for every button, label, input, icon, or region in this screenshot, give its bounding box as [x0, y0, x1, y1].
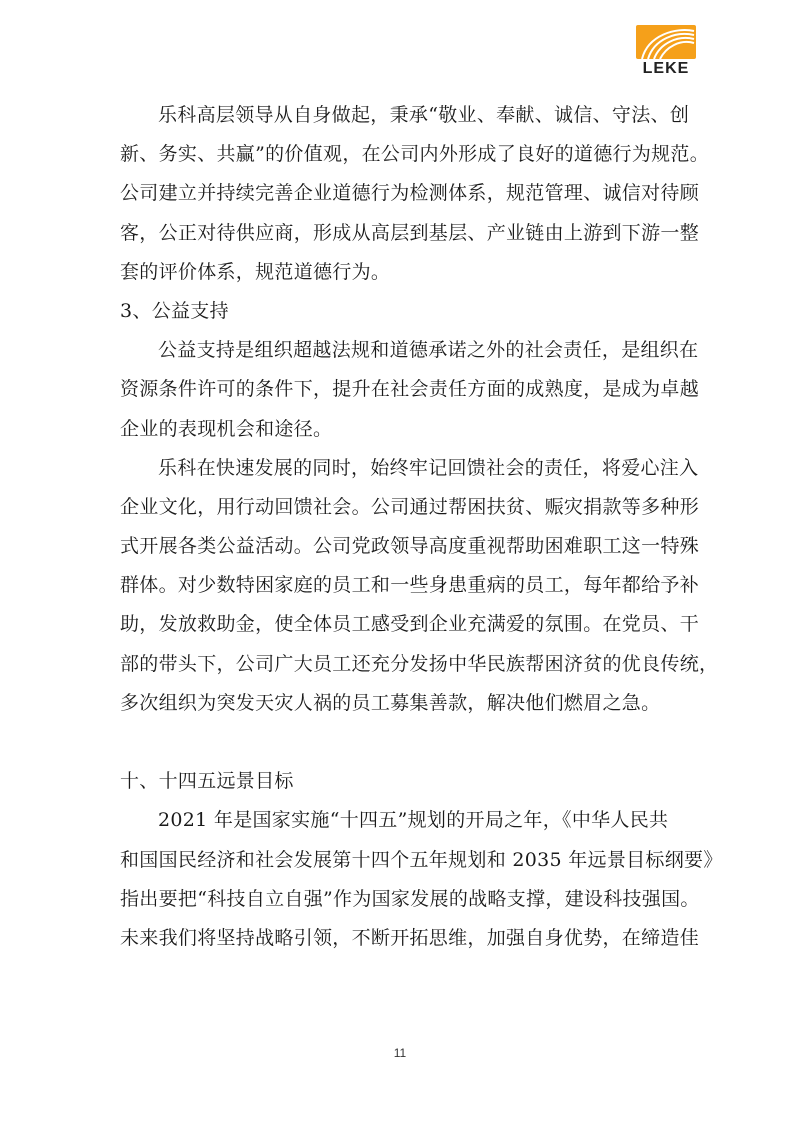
paragraph-line: 企业文化，用行动回馈社会。公司通过帮困扶贫、赈灾捐款等多种形 [120, 488, 682, 527]
document-body: 乐科高层领导从自身做起，秉承“敬业、奉献、诚信、守法、创 新、务实、共赢”的价值… [120, 96, 682, 958]
page-number: 11 [0, 1046, 800, 1060]
section-heading: 十、十四五远景目标 [120, 762, 682, 801]
logo-arc-icon [636, 25, 696, 59]
paragraph-line: 资源条件许可的条件下，提升在社会责任方面的成熟度，是成为卓越 [120, 370, 682, 409]
spacer [120, 723, 682, 762]
paragraph-line: 套的评价体系，规范道德行为。 [120, 253, 682, 292]
paragraph-line: 公司建立并持续完善企业道德行为检测体系，规范管理、诚信对待顾 [120, 174, 682, 213]
paragraph-line: 公益支持是组织超越法规和道德承诺之外的社会责任，是组织在 [120, 331, 682, 370]
paragraph-line: 乐科在快速发展的同时，始终牢记回馈社会的责任，将爱心注入 [120, 449, 682, 488]
section-heading: 3、公益支持 [120, 292, 682, 331]
paragraph-line: 2021 年是国家实施“十四五”规划的开局之年，《中华人民共 [120, 801, 682, 840]
paragraph-line: 指出要把“科技自立自强”作为国家发展的战略支撑，建设科技强国。 [120, 880, 682, 919]
paragraph-line: 企业的表现机会和途径。 [120, 410, 682, 449]
paragraph-line: 新、务实、共赢”的价值观，在公司内外形成了良好的道德行为规范。 [120, 135, 682, 174]
paragraph-line: 多次组织为突发天灾人祸的员工募集善款，解决他们燃眉之急。 [120, 684, 682, 723]
company-logo: LEKE [636, 25, 696, 77]
paragraph-line: 助，发放救助金，使全体员工感受到企业充满爱的氛围。在党员、干 [120, 605, 682, 644]
paragraph-line: 群体。对少数特困家庭的员工和一些身患重病的员工，每年都给予补 [120, 566, 682, 605]
paragraph-line: 部的带头下，公司广大员工还充分发扬中华民族帮困济贫的优良传统， [120, 645, 682, 684]
paragraph-line: 客，公正对待供应商，形成从高层到基层、产业链由上游到下游一整 [120, 214, 682, 253]
logo-text: LEKE [636, 60, 696, 78]
paragraph-line: 式开展各类公益活动。公司党政领导高度重视帮助困难职工这一特殊 [120, 527, 682, 566]
paragraph-line: 未来我们将坚持战略引领，不断开拓思维，加强自身优势，在缔造佳 [120, 919, 682, 958]
paragraph-line: 和国国民经济和社会发展第十四个五年规划和 2035 年远景目标纲要》 [120, 841, 682, 880]
paragraph-line: 乐科高层领导从自身做起，秉承“敬业、奉献、诚信、守法、创 [120, 96, 682, 135]
